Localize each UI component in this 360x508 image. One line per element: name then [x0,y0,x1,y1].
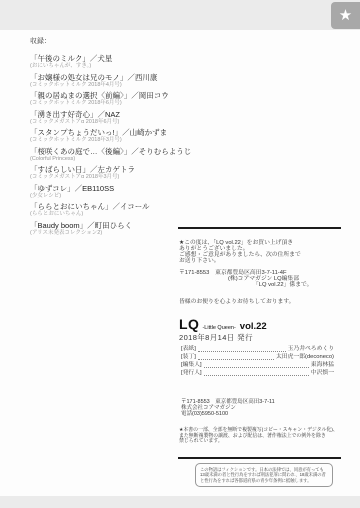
list-item: 「午後のミルク」／犬星 (おにいちゃんが、すき。) [30,54,180,69]
contents-heading: 収録： [30,36,180,46]
story-title: 「桜咲くあの庭で…〈後編〉」／そりむらようじ [30,147,180,156]
story-title: 「お嬢様の処女は兄のモノ」／西川康 [30,73,180,82]
star-icon: ★ [339,8,352,23]
list-item: 「親の居ぬまの選択〈前編〉」／岡田コウ (コミックホットミルク 2018年6月号… [30,91,180,106]
list-item: 「桜咲くあの庭で…〈後編〉」／そりむらようじ (Colorful Princes… [30,147,180,162]
story-title: 「ゆずコレ」／EB110SS [30,184,180,193]
copyright-notice: ★本書の一部、全部を無断で複製複写(コピー・スキャン・デジタル化)、 また無断複… [179,428,338,445]
list-item: 「Baudy boom」／町田ひらく (アリス未発表コレクション2) [30,221,180,236]
logo-subtitle: -Little Queen- [202,325,235,331]
list-item: 「ららとおにいちゃん」／イコール (ららとおにいちゃん) [30,202,180,217]
credit-label: [装丁] [181,353,196,361]
story-title: 「ららとおにいちゃん」／イコール [30,202,180,211]
story-source: (アリス未発表コレクション2) [30,230,180,236]
credit-value: 玉乃井ぺろめくり [288,345,334,353]
list-item: 「湧き出す好奇心」／NAZ (コミックメガストアα 2018年6月号) [30,110,180,125]
story-source: (Colorful Princess) [30,156,180,162]
letters-line: お送り下さい。 [179,258,301,264]
story-source: (少女レシピ) [30,193,180,199]
list-item: 「すばらしい日」／左カゲトラ (コミックメガストアα 2018年3月号) [30,165,180,180]
reader-letters-note: ★この度は、「LQ vol.22」をお買い上げ頂き ありがとうございました。 ご… [179,240,301,264]
story-title: 「湧き出す好奇心」／NAZ [30,110,180,119]
letters-address: 〒171-8553 東京都豊島区高田3-7-11-4F (株)コアマガジン LQ… [179,270,312,288]
credit-row: [発行人] 中沢慎一 [181,369,334,377]
publish-date: 2018年8月14日 発行 [179,332,253,343]
credit-value: 中沢慎一 [311,369,334,377]
letters-closing: 皆様のお便りを心よりお待ちしております。 [179,296,294,305]
list-item: 「スタンプちょうだいっ!」／山崎かずま (コミックホットミルク 2018年3月号… [30,128,180,143]
story-source: (コミックホットミルク 2018年6月号) [30,100,180,106]
disclaimer-line: と性行為をすれば各都道府県の青少年条例に抵触します。 [200,478,328,483]
divider-top [178,227,341,229]
publisher-line: 電話(03)5950-5100 [181,412,275,418]
copyright-line: 禁じられています。 [179,439,338,445]
magazine-logo: LQ -Little Queen- vol.22 [179,316,267,332]
credit-row: [装丁] 太田虎一郎(deconeco) [181,353,334,361]
contents-list: 収録： 「午後のミルク」／犬星 (おにいちゃんが、すき。) 「お嬢様の処女は兄の… [30,36,180,239]
logo-volume: vol.22 [240,321,267,332]
list-item: 「お嬢様の処女は兄のモノ」／西川康 (コミックホットミルク 2018年4月号) [30,73,180,88]
credit-value: 太田虎一郎(deconeco) [276,353,334,361]
credit-label: [発行人] [181,369,202,377]
logo-main: LQ [179,316,199,332]
fiction-disclaimer-box: この物語はフィクションです。日本の法律では、同意が有っても 13歳未満の者と性行… [195,463,333,487]
dotted-leader [204,375,309,376]
publisher-info: 〒171-8553 東京都豊島区高田3-7-11 株式会社コアマガジン 電話(0… [181,400,275,417]
dotted-leader [198,351,286,352]
address-line: 「LQ vol.22」係まで。 [253,282,312,288]
story-title: 「午後のミルク」／犬星 [30,54,180,63]
story-source: (コミックメガストアα 2018年3月号) [30,174,180,180]
story-source: (コミックメガストアα 2018年6月号) [30,119,180,125]
favorite-button[interactable]: ★ [331,2,360,29]
credit-label: [表紙] [181,345,196,353]
copyright-line: ★本書の一部、全部を無断で複製複写(コピー・スキャン・デジタル化)、 [179,428,338,434]
story-title: 「Baudy boom」／町田ひらく [30,221,180,230]
credit-value: 東海林猛 [311,361,334,369]
story-title: 「スタンプちょうだいっ!」／山崎かずま [30,128,180,137]
disclaimer-line: 13歳未満の者と性行為をすれば刑法犯罪に問われ、18歳未満の者 [200,472,328,477]
credit-row: [編集人] 東海林猛 [181,361,334,369]
credits-list: [表紙] 玉乃井ぺろめくり [装丁] 太田虎一郎(deconeco) [編集人]… [181,345,334,377]
colophon-column: ★この度は、「LQ vol.22」をお買い上げ頂き ありがとうございました。 ご… [178,30,341,496]
viewer-screen: ★ 収録： 「午後のミルク」／犬星 (おにいちゃんが、すき。) 「お嬢様の処女は… [0,0,360,508]
story-source: (おにいちゃんが、すき。) [30,63,180,69]
story-source: (コミックホットミルク 2018年4月号) [30,82,180,88]
story-source: (コミックホットミルク 2018年3月号) [30,137,180,143]
credit-row: [表紙] 玉乃井ぺろめくり [181,345,334,353]
story-source: (ららとおにいちゃん) [30,211,180,217]
colophon-page: 収録： 「午後のミルク」／犬星 (おにいちゃんが、すき。) 「お嬢様の処女は兄の… [0,30,360,496]
story-title: 「すばらしい日」／左カゲトラ [30,165,180,174]
divider-bottom [178,457,341,459]
credit-label: [編集人] [181,361,202,369]
story-title: 「親の居ぬまの選択〈前編〉」／岡田コウ [30,91,180,100]
dotted-leader [198,359,274,360]
dotted-leader [204,367,309,368]
list-item: 「ゆずコレ」／EB110SS (少女レシピ) [30,184,180,199]
